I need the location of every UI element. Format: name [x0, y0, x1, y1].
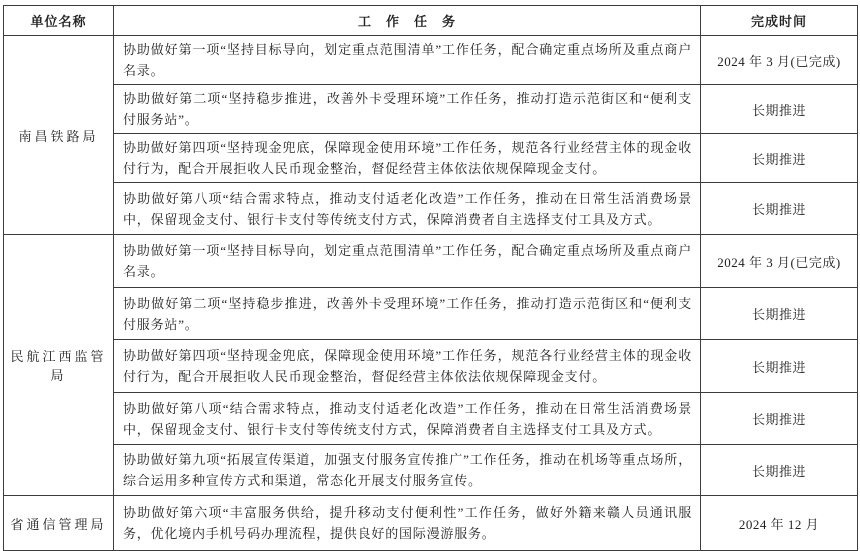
work-task-cell: 协助做好第八项“结合需求特点，推动支付适老化改造”工作任务，推动在日常生活消费场… — [114, 393, 701, 445]
completion-time-cell: 长期推进 — [701, 393, 858, 445]
work-task-cell: 协助做好第二项“坚持稳步推进，改善外卡受理环境”工作任务，推动打造示范街区和“便… — [114, 85, 701, 134]
work-task-cell: 协助做好第一项“坚持目标导向，划定重点范围清单”工作任务，配合确定重点场所及重点… — [114, 235, 701, 288]
work-task-cell: 协助做好第四项“坚持现金兜底，保障现金使用环境”工作任务，规范各行业经营主体的现… — [114, 340, 701, 393]
completion-time-cell: 2024 年 3 月(已完成) — [701, 36, 858, 85]
table-row: 协助做好第二项“坚持稳步推进，改善外卡受理环境”工作任务，推动打造示范街区和“便… — [4, 288, 858, 340]
completion-time-cell: 长期推进 — [701, 445, 858, 496]
completion-time-cell: 2024 年 12 月 — [701, 496, 858, 551]
table-body: 南昌铁路局协助做好第一项“坚持目标导向，划定重点范围清单”工作任务，配合确定重点… — [4, 36, 858, 551]
header-work-task: 工 作 任 务 — [114, 6, 701, 36]
completion-time-cell: 长期推进 — [701, 183, 858, 235]
unit-name-cell: 民航江西监管局 — [4, 235, 114, 496]
completion-time-cell: 长期推进 — [701, 134, 858, 183]
work-task-cell: 协助做好第四项“坚持现金兜底，保障现金使用环境”工作任务，规范各行业经营主体的现… — [114, 134, 701, 183]
document-page: 单位名称 工 作 任 务 完成时间 南昌铁路局协助做好第一项“坚持目标导向，划定… — [0, 0, 860, 543]
work-task-cell: 协助做好第九项“拓展宣传渠道，加强支付服务宣传推广”工作任务，推动在机场等重点场… — [114, 445, 701, 496]
table-row: 南昌铁路局协助做好第一项“坚持目标导向，划定重点范围清单”工作任务，配合确定重点… — [4, 36, 858, 85]
completion-time-cell: 2024 年 3 月(已完成) — [701, 235, 858, 288]
table-row: 协助做好第四项“坚持现金兜底，保障现金使用环境”工作任务，规范各行业经营主体的现… — [4, 340, 858, 393]
work-task-cell: 协助做好第八项“结合需求特点，推动支付适老化改造”工作任务，推动在日常生活消费场… — [114, 183, 701, 235]
work-task-cell: 协助做好第一项“坚持目标导向，划定重点范围清单”工作任务，配合确定重点场所及重点… — [114, 36, 701, 85]
unit-name-cell: 南昌铁路局 — [4, 36, 114, 235]
completion-time-cell: 长期推进 — [701, 340, 858, 393]
table-row: 协助做好第二项“坚持稳步推进，改善外卡受理环境”工作任务，推动打造示范街区和“便… — [4, 85, 858, 134]
completion-time-cell: 长期推进 — [701, 288, 858, 340]
table-header-row: 单位名称 工 作 任 务 完成时间 — [4, 6, 858, 36]
table-row: 协助做好第九项“拓展宣传渠道，加强支付服务宣传推广”工作任务，推动在机场等重点场… — [4, 445, 858, 496]
table-row: 协助做好第八项“结合需求特点，推动支付适老化改造”工作任务，推动在日常生活消费场… — [4, 393, 858, 445]
work-task-table: 单位名称 工 作 任 务 完成时间 南昌铁路局协助做好第一项“坚持目标导向，划定… — [3, 5, 858, 551]
header-unit-name: 单位名称 — [4, 6, 114, 36]
table-row: 民航江西监管局协助做好第一项“坚持目标导向，划定重点范围清单”工作任务，配合确定… — [4, 235, 858, 288]
unit-name-cell: 省通信管理局 — [4, 496, 114, 551]
completion-time-cell: 长期推进 — [701, 85, 858, 134]
table-row: 协助做好第四项“坚持现金兜底，保障现金使用环境”工作任务，规范各行业经营主体的现… — [4, 134, 858, 183]
work-task-cell: 协助做好第六项“丰富服务供给，提升移动支付便利性”工作任务，做好外籍来赣人员通讯… — [114, 496, 701, 551]
work-task-cell: 协助做好第二项“坚持稳步推进，改善外卡受理环境”工作任务，推动打造示范街区和“便… — [114, 288, 701, 340]
table-row: 协助做好第八项“结合需求特点，推动支付适老化改造”工作任务，推动在日常生活消费场… — [4, 183, 858, 235]
header-completion-time: 完成时间 — [701, 6, 858, 36]
table-row: 省通信管理局协助做好第六项“丰富服务供给，提升移动支付便利性”工作任务，做好外籍… — [4, 496, 858, 551]
